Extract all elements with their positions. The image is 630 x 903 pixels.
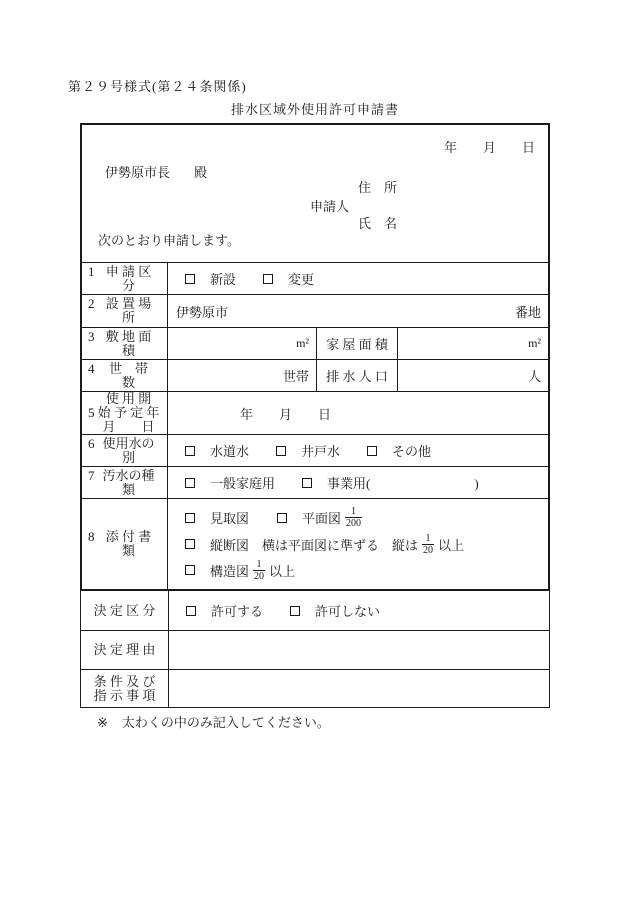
row-label: 決 定 理 由 (94, 643, 156, 657)
option-label: 許可する (211, 601, 263, 620)
row-label-cell: 3 敷 地 面 積 (82, 328, 168, 359)
attachment-suffix: 以上 (269, 561, 295, 580)
table-row-water-type: 6 使用水の 別 水道水 井戸水 その他 (82, 434, 548, 466)
checkbox-icon (276, 446, 286, 456)
option-label: 変更 (288, 269, 314, 288)
checkbox-icon (277, 513, 287, 523)
row-label-cell: 4 世 帯 数 (82, 360, 168, 391)
date-line: 年 月 日 (444, 137, 535, 156)
households-unit: 世帯 (168, 360, 317, 391)
reference-mark: ※ (97, 715, 108, 730)
row-content-cell: 世帯 排 水 人 口 人 (168, 360, 548, 391)
attachment-line-1: 見取図 平面図 1200 (185, 506, 548, 529)
row-label-cell: 7 汚水の種 類 (82, 467, 168, 498)
row-number: 7 (88, 469, 95, 483)
row-number: 8 (88, 530, 95, 544)
option-label: 一般家庭用 (210, 473, 275, 492)
main-form-frame: 年 月 日 伊勢原市長殿 住 所 申請人 氏 名 次のとおり申請します。 1 申… (80, 123, 550, 591)
checkbox-icon (185, 478, 195, 488)
row-content-cell: 新設 変更 (168, 263, 548, 294)
row-label: 世 帯 数 (101, 362, 148, 390)
checkbox-icon (185, 513, 195, 523)
option-label: 井戸水 (301, 441, 340, 460)
table-row-start-date: 5 使 用 開 始 予 定 年 月 日 年 月 日 (82, 391, 548, 434)
decision-table: 決 定 区 分 許可する 許可しない 決 定 理 由 条 件 及 び 指 示 事… (80, 591, 550, 708)
population-unit: 人 (398, 360, 548, 391)
attachment-label: 縦断図 横は平面図に準ずる 縦は (210, 535, 418, 554)
table-row-attachments: 8 添 付 書 類 見取図 平面図 1200 縦断図 横は平面図に準ずる 縦は … (82, 498, 548, 589)
applicant-label: 申請人 (310, 196, 349, 215)
row-number: 6 (88, 437, 95, 451)
row-label: 添 付 書 類 (98, 530, 152, 558)
addressee-label: 伊勢原市長 (105, 165, 170, 180)
option-label: 水道水 (210, 441, 249, 460)
option-well-water: 井戸水 (276, 441, 340, 460)
attachment-label: 見取図 (210, 508, 249, 527)
row-number: 3 (88, 330, 95, 344)
table-row-households: 4 世 帯 数 世帯 排 水 人 口 人 (82, 359, 548, 391)
table-row-site-area: 3 敷 地 面 積 m² 家 屋 面 積 m² (82, 327, 548, 359)
checkbox-icon (185, 446, 195, 456)
house-area-label: 家 屋 面 積 (317, 328, 398, 359)
location-suffix: 番地 (515, 302, 541, 321)
checkbox-icon (302, 478, 312, 488)
attachment-line-3: 構造図 120 以上 (185, 559, 548, 582)
row-label-cell: 決 定 区 分 (81, 591, 169, 630)
footnote: ※太わくの中のみ記入してください。 (97, 712, 330, 731)
row-label-cell: 決 定 理 由 (81, 631, 169, 669)
form-title: 排水区域外使用許可申請書 (0, 99, 630, 118)
row-label: 汚水の種 類 (94, 469, 154, 497)
table-row-sewage-type: 7 汚水の種 類 一般家庭用 事業用( ) (82, 466, 548, 498)
form-header: 年 月 日 伊勢原市長殿 住 所 申請人 氏 名 次のとおり申請します。 (82, 125, 548, 262)
row-label: 敷 地 面 積 (98, 330, 152, 358)
row-content-cell: 一般家庭用 事業用( ) (168, 467, 548, 498)
row-label-cell: 条 件 及 び 指 示 事 項 (81, 670, 169, 707)
row-label: 条 件 及 び 指 示 事 項 (94, 675, 156, 703)
checkbox-icon (185, 565, 195, 575)
checkbox-icon (185, 274, 195, 284)
row-number: 2 (88, 297, 95, 311)
table-row-application-category: 1 申 請 区 分 新設 変更 (82, 262, 548, 294)
row-label: 使 用 開 始 予 定 年 月 日 (90, 392, 160, 434)
option-household: 一般家庭用 (185, 473, 275, 492)
row-content-cell: 許可する 許可しない (169, 591, 549, 630)
option-permit: 許可する (186, 601, 263, 620)
form-number: 第２９号様式(第２４条関係) (68, 76, 247, 95)
checkbox-icon (367, 446, 377, 456)
row-label: 決 定 区 分 (94, 604, 156, 618)
row-content-cell (169, 670, 549, 707)
attachment-line-2: 縦断図 横は平面図に準ずる 縦は 120 以上 (185, 533, 548, 556)
option-label: 事業用( ) (327, 473, 479, 492)
option-tap-water: 水道水 (185, 441, 249, 460)
attachment-suffix: 以上 (438, 535, 464, 554)
attachment-label: 平面図 (302, 508, 341, 527)
name-label: 氏 名 (358, 213, 397, 232)
site-area-unit: m² (168, 328, 317, 359)
drainage-population-label: 排 水 人 口 (317, 360, 398, 391)
checkbox-icon (290, 606, 300, 616)
row-number: 4 (88, 362, 95, 376)
table-row-conditions: 条 件 及 び 指 示 事 項 (81, 670, 549, 707)
option-label: 許可しない (315, 601, 380, 620)
table-row-decision-reason: 決 定 理 由 (81, 631, 549, 670)
row-label: 使用水の 別 (94, 437, 154, 465)
attachment-label: 構造図 (210, 561, 249, 580)
row-label-cell: 2 設 置 場 所 (82, 295, 168, 327)
scale-fraction: 120 (422, 533, 434, 556)
option-deny: 許可しない (290, 601, 380, 620)
row-label: 設 置 場 所 (98, 297, 152, 325)
footnote-text: 太わくの中のみ記入してください。 (122, 715, 330, 730)
location-prefix: 伊勢原市 (176, 302, 228, 321)
table-row-location: 2 設 置 場 所 伊勢原市 番地 (82, 294, 548, 327)
scale-fraction: 1200 (345, 506, 362, 529)
row-content-cell: 年 月 日 (168, 392, 548, 434)
option-other-water: その他 (367, 441, 431, 460)
intro-text: 次のとおり申請します。 (98, 230, 240, 249)
row-number: 5 (88, 406, 95, 420)
row-label-cell: 5 使 用 開 始 予 定 年 月 日 (82, 392, 168, 434)
checkbox-icon (186, 606, 196, 616)
row-label-cell: 8 添 付 書 類 (82, 499, 168, 589)
option-new: 新設 (185, 269, 236, 288)
scale-fraction: 120 (253, 559, 265, 582)
row-content-cell: 伊勢原市 番地 (168, 295, 548, 327)
option-label: 新設 (210, 269, 236, 288)
option-business: 事業用( ) (302, 473, 479, 492)
row-content-cell (169, 631, 549, 669)
honorific-label: 殿 (194, 165, 207, 180)
addressee-line: 伊勢原市長殿 (105, 162, 207, 181)
row-content-cell: m² 家 屋 面 積 m² (168, 328, 548, 359)
table-row-decision-category: 決 定 区 分 許可する 許可しない (81, 591, 549, 631)
row-label-cell: 6 使用水の 別 (82, 435, 168, 466)
row-content-cell: 見取図 平面図 1200 縦断図 横は平面図に準ずる 縦は 120 以上 構造図… (168, 499, 548, 589)
start-date-placeholder: 年 月 日 (240, 404, 331, 423)
form-page: 第２９号様式(第２４条関係) 排水区域外使用許可申請書 年 月 日 伊勢原市長殿… (0, 0, 630, 903)
option-change: 変更 (263, 269, 314, 288)
checkbox-icon (263, 274, 273, 284)
row-label: 申 請 区 分 (98, 265, 152, 293)
checkbox-icon (185, 539, 195, 549)
option-label: その他 (392, 441, 431, 460)
row-content-cell: 水道水 井戸水 その他 (168, 435, 548, 466)
row-label-cell: 1 申 請 区 分 (82, 263, 168, 294)
address-label: 住 所 (358, 177, 397, 196)
house-area-unit: m² (398, 328, 548, 359)
row-number: 1 (88, 265, 95, 279)
